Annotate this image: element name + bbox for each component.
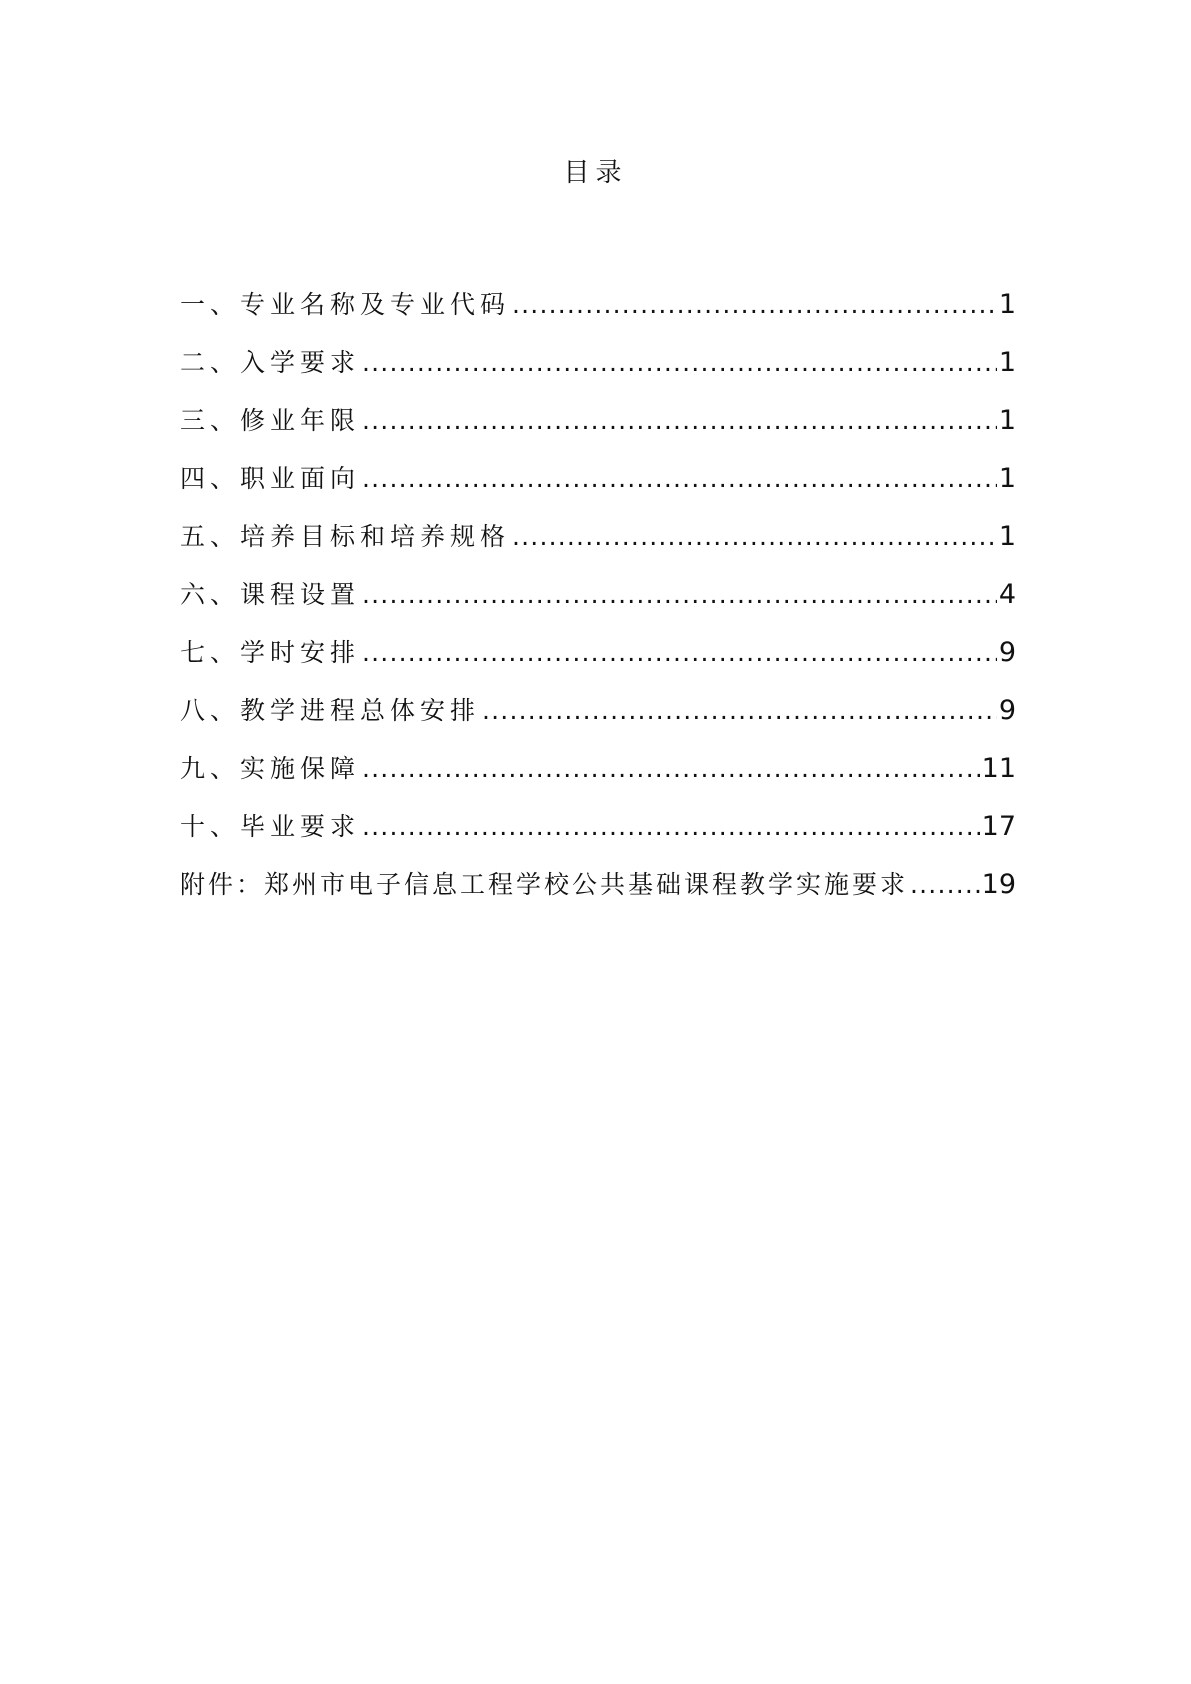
toc-entry[interactable]: 十、毕业要求 17 [180, 802, 1016, 842]
toc-entry[interactable]: 二、入学要求 1 [180, 338, 1016, 378]
toc-entry[interactable]: 七、学时安排 9 [180, 628, 1016, 668]
toc-leader-dots [482, 696, 997, 726]
toc-entry-label: 一、专业名称及专业代码 [180, 290, 510, 320]
toc-entry-label: 六、课程设置 [180, 580, 360, 610]
toc-entry[interactable]: 五、培养目标和培养规格 1 [180, 512, 1016, 552]
toc-entry-page: 1 [999, 290, 1016, 320]
toc-entry[interactable]: 三、修业年限 1 [180, 396, 1016, 436]
toc-entry-page: 11 [982, 754, 1016, 784]
toc-entry-page: 1 [999, 522, 1016, 552]
toc-entry-label: 二、入学要求 [180, 348, 360, 378]
toc-leader-dots [910, 870, 980, 900]
toc-leader-dots [362, 348, 997, 378]
toc-leader-dots [362, 812, 980, 842]
toc-entry-label: 十、毕业要求 [180, 812, 360, 842]
toc-entry-label: 五、培养目标和培养规格 [180, 522, 510, 552]
toc-entry[interactable]: 九、实施保障 11 [180, 744, 1016, 784]
toc-entry-appendix[interactable]: 附件：郑州市电子信息工程学校公共基础课程教学实施要求 19 [180, 860, 1016, 900]
toc-entry-label: 四、职业面向 [180, 464, 360, 494]
toc-entry-page: 1 [999, 406, 1016, 436]
toc-leader-dots [512, 522, 997, 552]
toc-entry-label: 七、学时安排 [180, 638, 360, 668]
toc-leader-dots [362, 580, 997, 610]
toc-entry-page: 19 [982, 870, 1016, 900]
toc-leader-dots [362, 638, 997, 668]
toc-leader-dots [362, 464, 997, 494]
toc-entry[interactable]: 一、专业名称及专业代码 1 [180, 280, 1016, 320]
toc-entry[interactable]: 六、课程设置 4 [180, 570, 1016, 610]
toc-entry-page: 17 [982, 812, 1016, 842]
toc-entry-label: 八、教学进程总体安排 [180, 696, 480, 726]
toc-entry-page: 9 [999, 696, 1016, 726]
page-title: 目录 [0, 152, 1191, 189]
toc-entry-label: 三、修业年限 [180, 406, 360, 436]
toc-leader-dots [362, 754, 980, 784]
toc-entry-page: 1 [999, 348, 1016, 378]
toc-leader-dots [512, 290, 997, 320]
toc-entry-label: 九、实施保障 [180, 754, 360, 784]
toc-entry-page: 4 [999, 580, 1016, 610]
toc-entry[interactable]: 四、职业面向 1 [180, 454, 1016, 494]
toc-entry[interactable]: 八、教学进程总体安排 9 [180, 686, 1016, 726]
toc-entry-page: 1 [999, 464, 1016, 494]
toc-entry-label: 附件：郑州市电子信息工程学校公共基础课程教学实施要求 [180, 870, 908, 900]
toc-entry-page: 9 [999, 638, 1016, 668]
toc-leader-dots [362, 406, 997, 436]
